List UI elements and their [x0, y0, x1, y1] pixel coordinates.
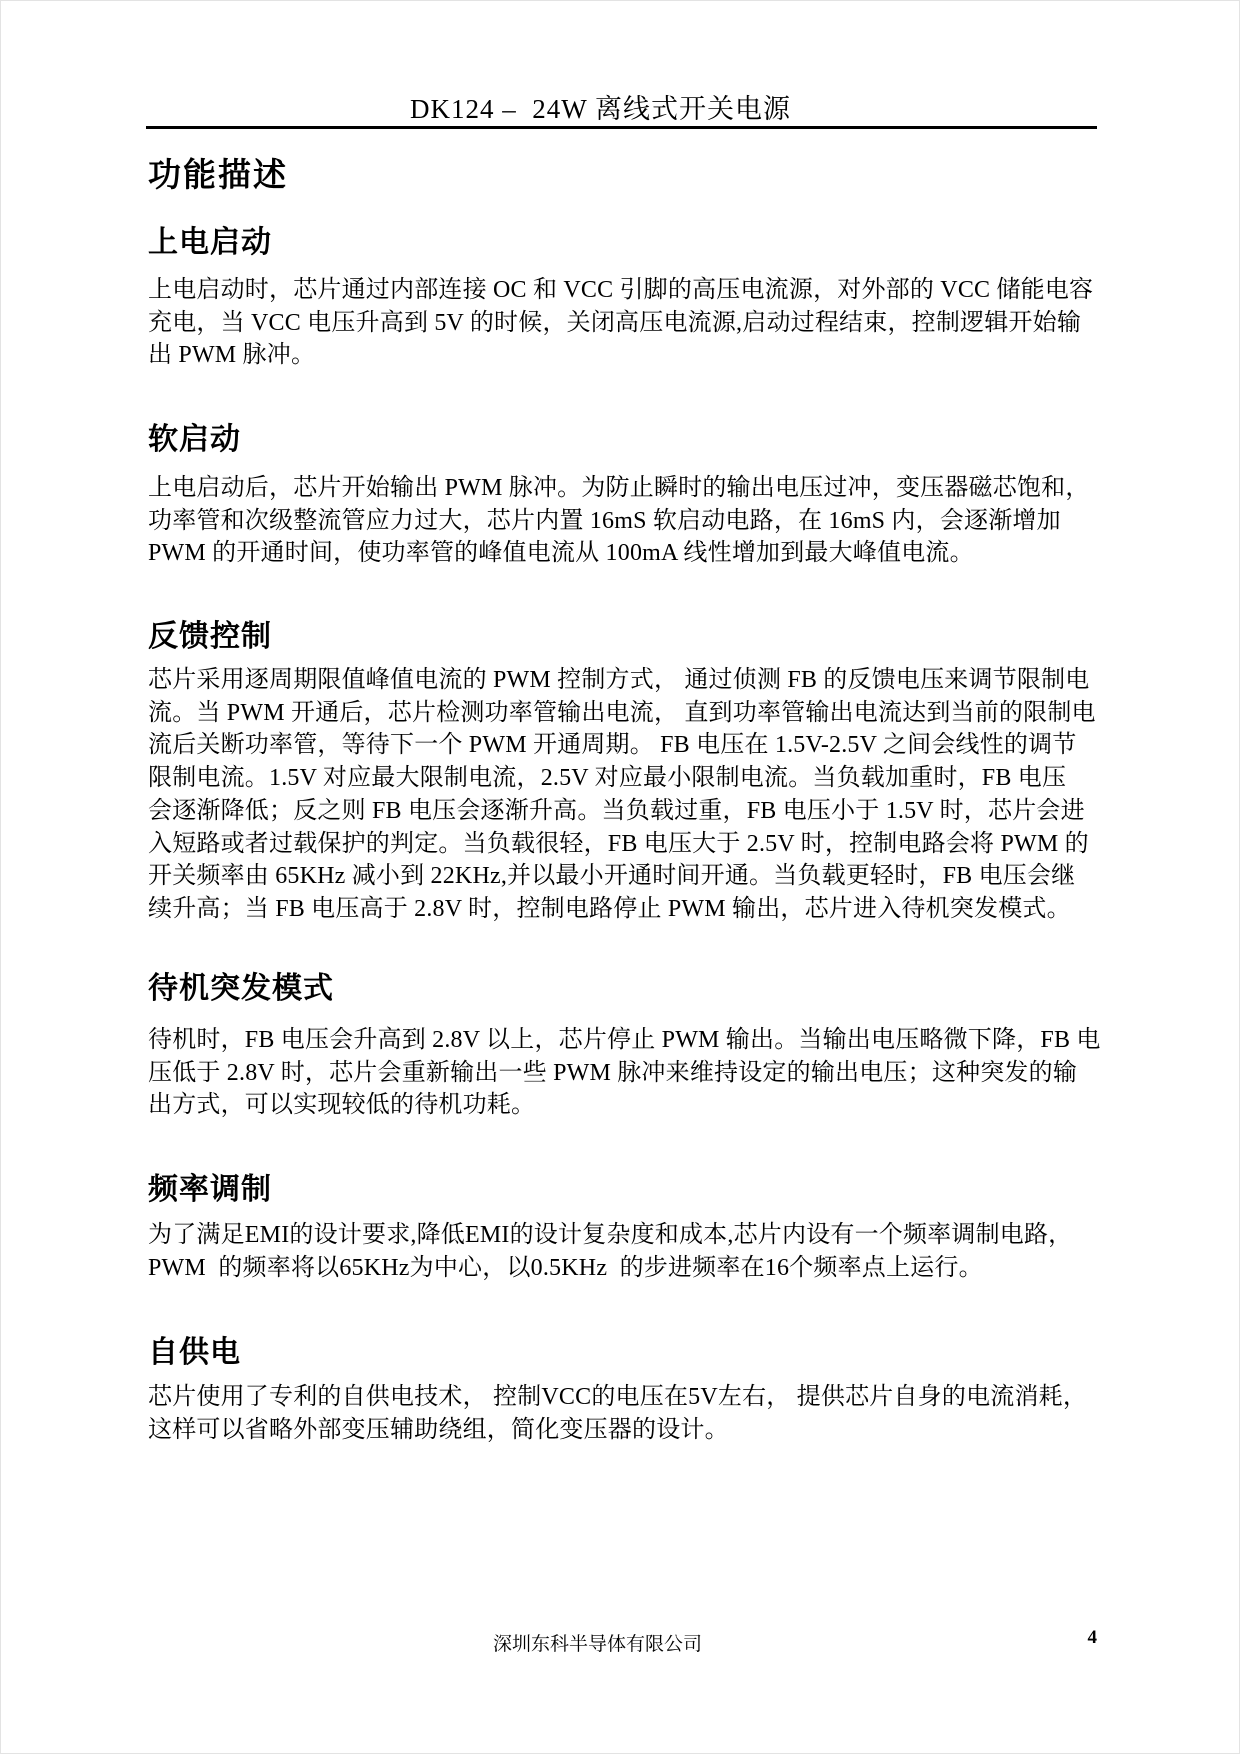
page-header-title: DK124 – 24W 离线式开关电源 — [148, 87, 1097, 126]
section-heading-soft-start: 软启动 — [148, 423, 1097, 456]
section-heading-power-on-start: 上电启动 — [148, 226, 1097, 259]
section-body-soft-start: 上电启动后，芯片开始输出 PWM 脉冲。为防止瞬时的输出电压过冲，变压器磁芯饱和… — [148, 472, 1097, 570]
section-body-standby-burst-mode: 待机时，FB 电压会升高到 2.8V 以上，芯片停止 PWM 输出。当输出电压略… — [148, 1024, 1097, 1122]
header-divider-line — [146, 126, 1097, 129]
section-body-frequency-modulation: 为了满足EMI的设计要求,降低EMI的设计复杂度和成本,芯片内设有一个频率调制电… — [148, 1219, 1097, 1284]
footer-page-number: 4 — [148, 1627, 1097, 1649]
section-heading-feedback-control: 反馈控制 — [148, 620, 1097, 653]
section-body-power-on-start: 上电启动时，芯片通过内部连接 OC 和 VCC 引脚的高压电流源，对外部的 VC… — [148, 274, 1097, 372]
section-heading-standby-burst-mode: 待机突发模式 — [148, 972, 1097, 1005]
datasheet-page: DK124 – 24W 离线式开关电源 功能描述 上电启动 上电启动时，芯片通过… — [0, 0, 1240, 1754]
section-heading-self-power-supply: 自供电 — [148, 1336, 1097, 1369]
section-body-self-power-supply: 芯片使用了专利的自供电技术， 控制VCC的电压在5V左右， 提供芯片自身的电流消… — [148, 1381, 1097, 1446]
section-body-feedback-control: 芯片采用逐周期限值峰值电流的 PWM 控制方式， 通过侦测 FB 的反馈电压来调… — [148, 664, 1097, 926]
section-heading-frequency-modulation: 频率调制 — [148, 1173, 1097, 1206]
doc-title-function-description: 功能描述 — [148, 158, 1097, 194]
